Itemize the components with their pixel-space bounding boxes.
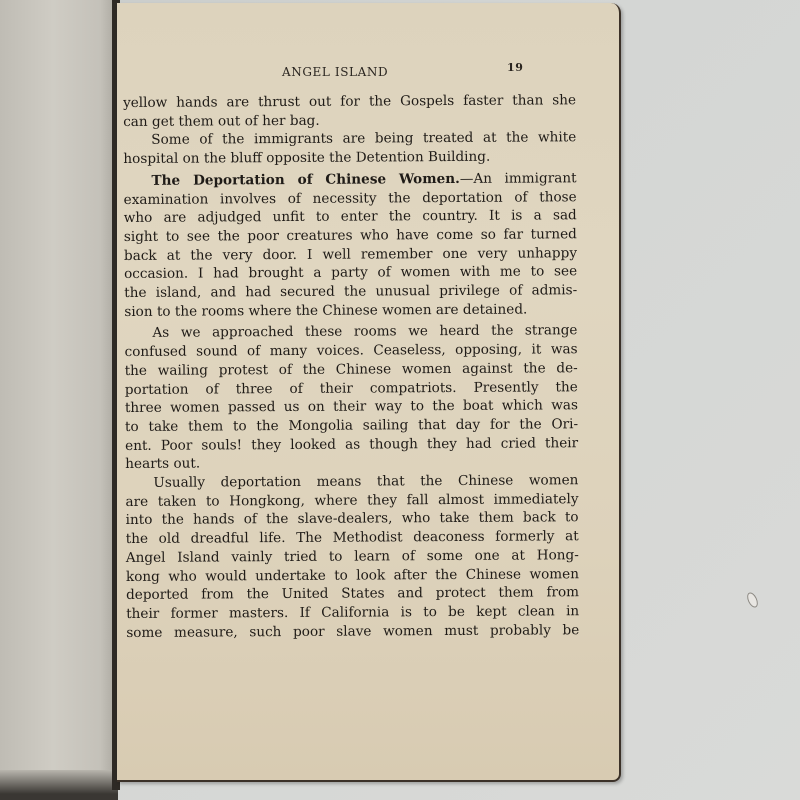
- text-line: Some of the immigrants are being treated…: [123, 129, 576, 150]
- paragraph: As we approached these rooms we heard th…: [124, 322, 578, 474]
- text-line: Usually deportation means that the Chine…: [125, 471, 578, 492]
- text-run: —An immigrant: [460, 170, 577, 187]
- text-line: Angel Island vainly tried to learn of so…: [126, 546, 579, 567]
- text-line: sight to see the poor creatures who have…: [124, 225, 577, 246]
- section-heading: The Deportation of Chinese Women.: [151, 171, 459, 189]
- facing-page: [0, 0, 118, 800]
- text-line: yellow hands are thrust out for the Gosp…: [123, 91, 576, 112]
- text-line: the wailing protest of the Chinese women…: [125, 359, 578, 380]
- text-line: their former masters. If California is t…: [126, 602, 579, 623]
- paragraph: The Deportation of Chinese Women.—An imm…: [123, 169, 577, 321]
- text-line: sion to the rooms where the Chinese wome…: [124, 300, 577, 321]
- text-line: confused sound of many voices. Ceaseless…: [125, 340, 578, 361]
- pin-mark: [745, 591, 760, 609]
- page-number: 19: [507, 61, 524, 74]
- body-text: yellow hands are thrust out for the Gosp…: [123, 91, 579, 642]
- text-line: to take them to the Mongolia sailing tha…: [125, 415, 578, 436]
- paragraph: Some of the immigrants are being treated…: [123, 129, 576, 169]
- paragraph: Usually deportation means that the Chine…: [125, 471, 579, 642]
- book-page: ANGEL ISLAND 19 yellow hands are thrust …: [117, 3, 621, 782]
- running-title: ANGEL ISLAND: [282, 65, 388, 79]
- facing-page-shadow: [0, 770, 118, 800]
- text-line: hospital on the bluff opposite the Deten…: [123, 147, 576, 168]
- paragraph: yellow hands are thrust out for the Gosp…: [123, 91, 576, 131]
- text-line: The Deportation of Chinese Women.—An imm…: [123, 169, 576, 190]
- text-line: ent. Poor souls! they looked as though t…: [125, 434, 578, 455]
- text-line: some measure, such poor slave women must…: [126, 621, 579, 642]
- text-line: the island, and had secured the unusual …: [124, 281, 577, 302]
